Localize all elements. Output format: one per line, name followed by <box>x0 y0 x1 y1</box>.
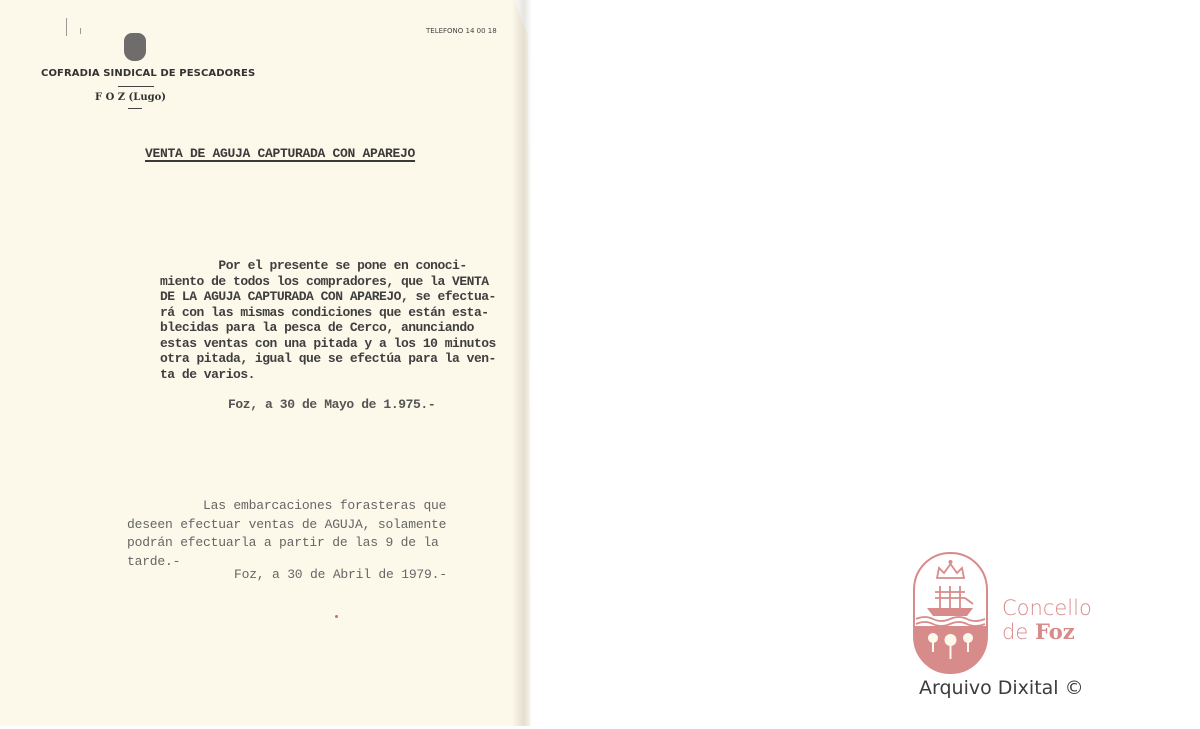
document-title: VENTA DE AGUJA CAPTURADA CON APAREJO <box>145 146 415 161</box>
document-date-1979: Foz, a 30 de Abril de 1979.- <box>234 567 447 582</box>
organization-name: COFRADIA SINDICAL DE PESCADORES <box>41 68 231 79</box>
wordmark-line-1: Concello <box>1002 596 1092 620</box>
document-date-1975: Foz, a 30 de Mayo de 1.975.- <box>228 397 435 412</box>
body-line: DE LA AGUJA CAPTURADA CON APAREJO, se ef… <box>160 289 496 305</box>
concello-de-foz-wordmark: Concello de Foz <box>1002 596 1092 644</box>
concello-de-foz-emblem-icon <box>913 552 988 674</box>
pin-mark <box>80 28 81 34</box>
document-note: Las embarcaciones forasteras quedeseen e… <box>127 497 446 571</box>
body-line: blecidas para la pesca de Cerco, anuncia… <box>160 320 496 336</box>
wordmark-foz: Foz <box>1035 619 1075 644</box>
body-line: estas ventas con una pitada y a los 10 m… <box>160 336 496 352</box>
divider <box>118 86 154 87</box>
body-line: Por el presente se pone en conoci- <box>160 258 496 274</box>
phone-number: TELEFONO 14 00 18 <box>426 27 497 35</box>
body-line: ta de varios. <box>160 367 496 383</box>
wordmark-prefix: de <box>1002 620 1035 644</box>
note-line: Las embarcaciones forasteras que <box>127 497 446 516</box>
coat-of-arms-icon <box>124 33 146 61</box>
organization-city: F O Z (Lugo) <box>95 92 166 103</box>
pin-mark <box>66 18 67 36</box>
note-line: podrán efectuarla a partir de las 9 de l… <box>127 534 446 553</box>
wordmark-line-2: de Foz <box>1002 620 1092 644</box>
document-page: COFRADIA SINDICAL DE PESCADORES F O Z (L… <box>0 0 530 726</box>
body-line: otra pitada, igual que se efectúa para l… <box>160 351 496 367</box>
ink-spot <box>335 615 338 618</box>
document-body: Por el presente se pone en conoci-miento… <box>160 258 496 382</box>
archive-label: Arquivo Dixital © <box>919 677 1084 699</box>
divider <box>128 108 142 109</box>
note-line: deseen efectuar ventas de AGUJA, solamen… <box>127 516 446 535</box>
body-line: miento de todos los compradores, que la … <box>160 274 496 290</box>
body-line: rá con las mismas condiciones que están … <box>160 305 496 321</box>
